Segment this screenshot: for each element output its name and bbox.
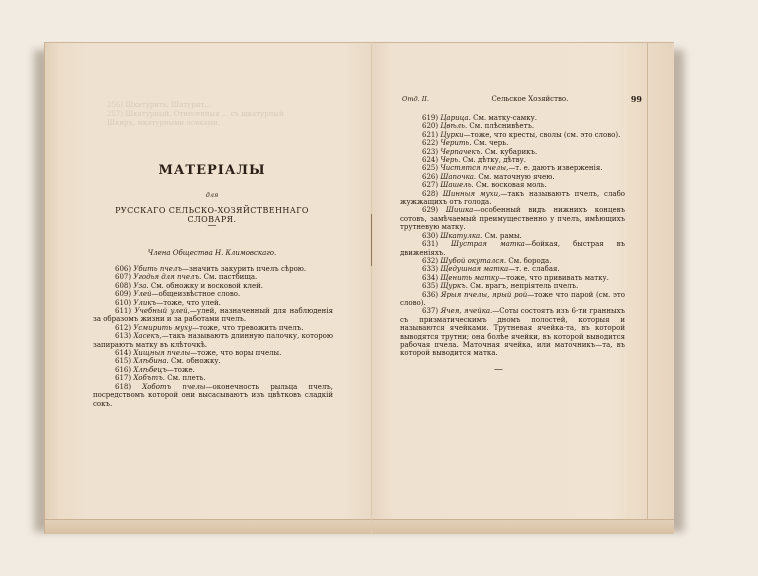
dictionary-entry: 633) Щедушная матка—т. е. слабая. xyxy=(400,265,625,273)
open-book: 256) Шкатурить. Шатурит... 257) Шкатурны… xyxy=(44,42,674,534)
dictionary-entry: 636) Ярыя пчелы, ярый рой—тоже что парой… xyxy=(400,291,625,308)
dictionary-entry: 612) Усмирить муху—тоже, что тревожить п… xyxy=(93,324,333,332)
dictionary-entry: 608) Уза. См. обножку и восковой клей. xyxy=(93,282,333,290)
dictionary-entry: 637) Ячея, ячейка.—Соты состоятъ изъ 6-т… xyxy=(400,307,625,357)
dictionary-entry: 629) Шишка—особенный видъ нижнихъ концев… xyxy=(400,206,625,231)
left-entries-list: 606) Убить пчелъ—значить закурить пчелъ … xyxy=(93,265,333,408)
dictionary-entry: 628) Шинныя мухи,—такъ называютъ пчелъ, … xyxy=(400,190,625,207)
author-line: Члена Общества Н. Климовскаго. xyxy=(93,249,331,257)
dictionary-entry: 622) Черить. См. черь. xyxy=(400,139,625,147)
dictionary-entry: 631) Шустрая матка—бойкая, быстрая въ дв… xyxy=(400,240,625,257)
dictionary-entry: 627) Шашель. См. восковая моль. xyxy=(400,181,625,189)
dictionary-entry: 623) Черпачекъ. См. кубарикъ. xyxy=(400,148,625,156)
running-head: Отд. II. Сельское Хозяйство. 99 xyxy=(402,93,642,105)
subtitle-for: для xyxy=(93,191,331,199)
bottom-edge-left xyxy=(45,519,372,534)
dictionary-entry: 632) Шубой окутался. См. борода. xyxy=(400,257,625,265)
bottom-edge-right xyxy=(372,519,674,534)
dictionary-entry: 621) Цурки—тоже, что кресты, сволы (см. … xyxy=(400,131,625,139)
dictionary-entry: 618) Хоботъ пчелы—оконечность рыльца пче… xyxy=(93,383,333,408)
section-label: Отд. II. xyxy=(402,95,429,103)
end-divider: — xyxy=(494,365,503,375)
dictionary-entry: 625) Чистятся пчелы,—т. е. даютъ изверже… xyxy=(400,164,625,172)
page-number: 99 xyxy=(631,94,642,104)
bleed-through-text: 256) Шкатурить. Шатурит... 257) Шкатурны… xyxy=(107,101,284,128)
dictionary-entry: 611) Учебный улей,—улей, назначенный для… xyxy=(93,307,333,324)
running-title: Сельское Хозяйство. xyxy=(491,95,568,103)
dictionary-entry: 619) Царица. См. матку-самку. xyxy=(400,114,625,122)
left-page: 256) Шкатурить. Шатурит... 257) Шкатурны… xyxy=(44,42,372,534)
right-page: Отд. II. Сельское Хозяйство. 99 619) Цар… xyxy=(372,42,674,534)
right-entries-list: 619) Царица. См. матку-самку. 620) Цвѣль… xyxy=(400,114,625,358)
dictionary-entry: 620) Цвѣль. См. плѣснивѣетъ. xyxy=(400,122,625,130)
dictionary-entry: 610) Уликъ—тоже, что улей. xyxy=(93,299,333,307)
dictionary-entry: 634) Щенить матку—тоже, что прививать ма… xyxy=(400,274,625,282)
dictionary-entry: 615) Хлѣбина. См. обножку. xyxy=(93,357,333,365)
dictionary-entry: 606) Убить пчелъ—значить закурить пчелъ … xyxy=(93,265,333,273)
title-divider: — xyxy=(93,221,331,231)
dictionary-entry: 614) Хищныя пчелы—тоже, что воры пчелы. xyxy=(93,349,333,357)
dictionary-entry: 616) Хлѣбецъ—тоже. xyxy=(93,366,333,374)
dictionary-entry: 626) Шапочка. См. маточную ячею. xyxy=(400,173,625,181)
page-title: МАТЕРІАЛЫ xyxy=(93,163,331,178)
dictionary-entry: 609) Улей—общеизвѣстное слово. xyxy=(93,290,333,298)
dictionary-entry: 607) Угодья для пчелъ. См. пастбища. xyxy=(93,273,333,281)
fore-edge-line xyxy=(647,43,648,534)
dictionary-entry: 613) Хасекъ,—такъ называютъ длинную пало… xyxy=(93,332,333,349)
dictionary-entry: 624) Черь. См. дѣтку, дѣтву. xyxy=(400,156,625,164)
dictionary-entry: 635) Щуркъ. См. врагъ, непріятель пчелъ. xyxy=(400,282,625,290)
dictionary-entry: 630) Шкатулка. См. рамы. xyxy=(400,232,625,240)
dictionary-entry: 617) Хобътъ. См. плеть. xyxy=(93,374,333,382)
